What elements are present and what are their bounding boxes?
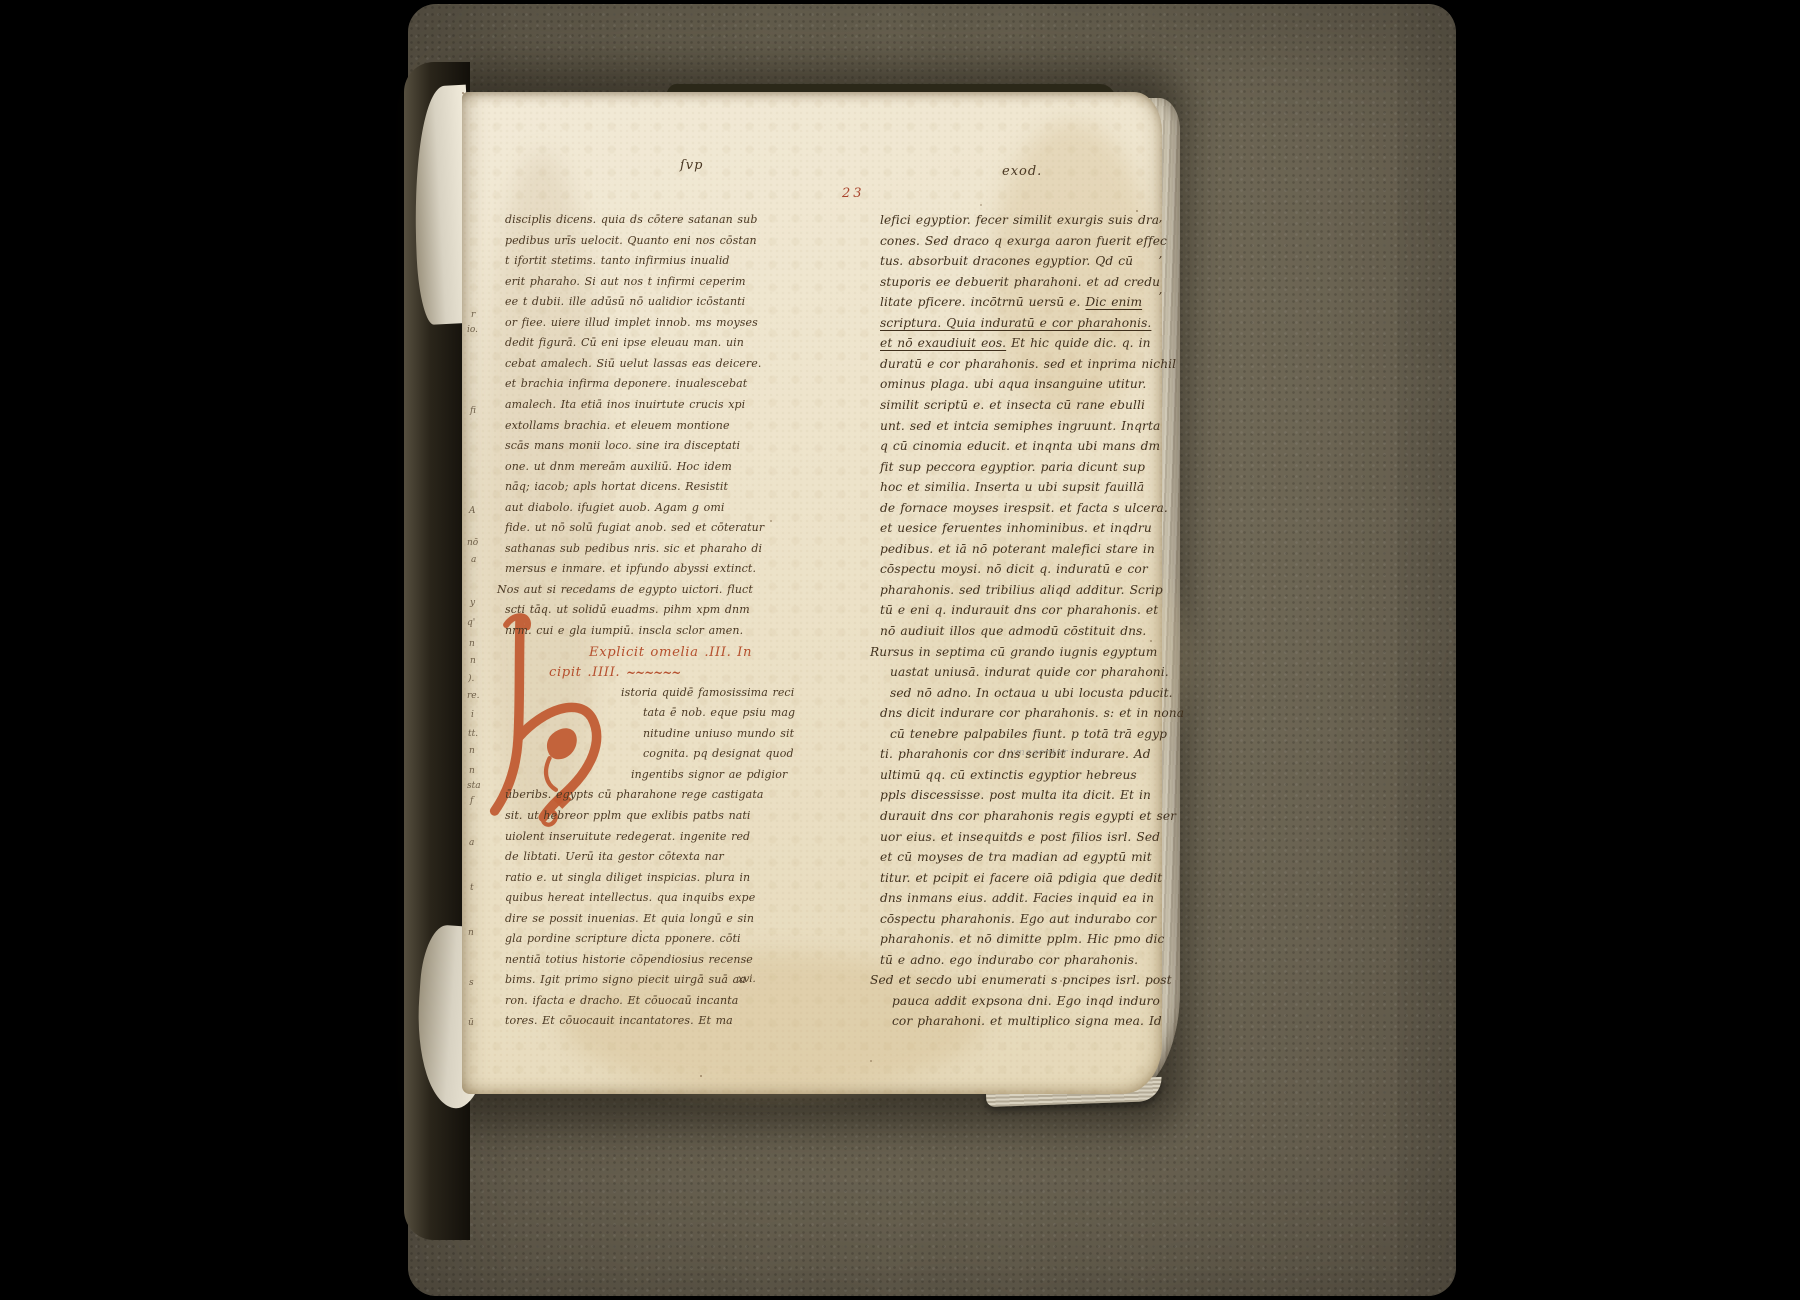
text-line: tū e adno. ego indurabo cor pharahonis.: [880, 953, 1138, 973]
running-header-left: ſvp: [680, 158, 703, 173]
facing-page-text-fragment: n: [469, 766, 475, 776]
text-line: erit pharaho. Si aut nos t infirmi ceper…: [505, 275, 746, 295]
text-line: durauit dns cor pharahonis regis egypti …: [880, 809, 1176, 829]
text-line: unt. sed et intcia semiphes ingruunt. In…: [880, 419, 1160, 439]
text-line: q cū cinomia educit. et inqnta ubi mans …: [880, 439, 1160, 459]
text-line: cones. Sed draco q exurga aaron fuerit e…: [880, 234, 1167, 254]
facing-page-text-fragment: ū: [468, 1018, 474, 1028]
facing-page-text-fragment: s: [469, 978, 474, 988]
text-line: ominus plaga. ubi aqua insanguine utitur…: [880, 377, 1146, 397]
facing-page-text-fragment: nō: [467, 538, 478, 548]
text-line: t ifortit stetims. tanto infirmius inual…: [505, 254, 730, 274]
text-line: ūberibs. egypts cū pharahone rege castig…: [505, 788, 764, 808]
text-line: mersus e inmare. et ipfundo abyssi extin…: [505, 562, 756, 582]
text-line: ultimū qq. cū extinctis egyptior hebreus: [880, 768, 1137, 788]
text-line: pedibus urīs uelocit. Quanto eni nos cōs…: [505, 234, 757, 254]
text-line: amalech. Ita etiā inos inuirtute crucis …: [505, 398, 745, 418]
text-line: uastat uniusā. indurat quide cor pharaho…: [890, 665, 1169, 685]
text-line: quibus hereat intellectus. qua inquibs e…: [505, 891, 755, 911]
text-line: hoc et similia. Inserta u ubi supsit fau…: [880, 480, 1144, 500]
text-line: tores. Et cōuocauit incantatores. Et ma: [505, 1014, 733, 1034]
text-line: ppls discessisse. post multa ita dicit. …: [880, 788, 1151, 808]
text-line: sathanas sub pedibus nris. sic et pharah…: [505, 542, 762, 562]
text-line: nitudine uniuso mundo sit: [643, 727, 794, 747]
text-line: ratio e. ut singla diliget inspicias. pl…: [505, 871, 750, 891]
text-line: Sed et secdo ubi enumerati s pncipes isr…: [870, 973, 1172, 993]
facing-page-text-fragment: t: [470, 883, 474, 893]
facing-page-text-fragment: ).: [468, 674, 474, 684]
text-line: de fornace moyses irespsit. et facta s u…: [880, 501, 1168, 521]
text-line: ti. pharahonis cor dns scribit indurare.…: [880, 747, 1151, 767]
facing-page-text-fragment: r: [471, 310, 475, 320]
facing-page-text-fragment: y: [470, 598, 475, 608]
facing-page-text-fragment: io.: [467, 325, 478, 335]
text-line: cebat amalech. Siū uelut lassas eas deic…: [505, 357, 761, 377]
text-line: sit. ut hebreor pplm que exlibis patbs n…: [505, 809, 751, 829]
text-line: cor pharahoni. et multiplico signa mea. …: [892, 1014, 1162, 1034]
text-line: extollams brachia. et eleuem montione: [505, 419, 730, 439]
text-line: cognita. pq designat quod: [643, 747, 794, 767]
text-line: nentiā totius historie cōpendiosius rece…: [505, 953, 753, 973]
text-line: et brachia infirma deponere. inualesceba…: [505, 377, 747, 397]
text-line: uiolent inseruitute redegerat. ingenite …: [505, 830, 750, 850]
text-line: or fiee. uiere illud implet innob. ms mo…: [505, 316, 758, 336]
text-line: one. ut dnm mereām auxiliū. Hoc idem: [505, 460, 732, 480]
manuscript-page: ſvp exod. 23 xvi. ymagentur disciplis di…: [462, 92, 1162, 1094]
text-line: Rursus in septima cū grando iugnis egypt…: [870, 645, 1157, 665]
text-line: tata ē nob. eque psiu mag: [643, 706, 795, 726]
text-line: fit sup peccora egyptior. paria dicunt s…: [880, 460, 1145, 480]
text-line: cū tenebre palpabiles fiunt. p totā trā …: [890, 727, 1167, 747]
facing-page-text-fragment: A: [469, 506, 476, 516]
facing-page-text-fragment: tt.: [468, 729, 478, 739]
text-line: nāq; iacob; apls hortat dicens. Resistit: [505, 480, 728, 500]
text-line: cōspectu moysi. nō dicit q. induratū e c…: [880, 562, 1148, 582]
text-line: et cū moyses de tra madian ad egyptū mit: [880, 850, 1152, 870]
text-line: dire se possit inuenias. Et quia longū e…: [505, 912, 754, 932]
text-line: ee t dubii. ille adūsū nō ualidior icōst…: [505, 295, 745, 315]
folio-number: 23: [842, 186, 865, 201]
text-line: aut diabolo. ifugiet auob. Agam g omi: [505, 501, 725, 521]
text-line: nō audiuit illos que admodū cōstituit dn…: [880, 624, 1146, 644]
quire-mark: ʼ: [1158, 254, 1162, 268]
text-line: tus. absorbuit dracones egyptior. Qd cū: [880, 254, 1133, 274]
text-line: stuporis ee debuerit pharahoni. et ad cr…: [880, 275, 1160, 295]
facing-page-text-fragment: a: [469, 838, 474, 848]
text-line: scriptura. Quia induratū e cor pharahoni…: [880, 316, 1151, 336]
text-line: dns inmans eius. addit. Facies inquid ea…: [880, 891, 1154, 911]
text-line: et nō exaudiuit eos. Et hic quide dic. q…: [880, 336, 1151, 356]
text-line: litate pficere. incōtrnū uersū e. Dic en…: [880, 295, 1142, 315]
text-line: uor eius. et insequitds e post filios is…: [880, 830, 1160, 850]
text-line: similit scriptū e. et insecta cū rane eb…: [880, 398, 1145, 418]
text-line: Nos aut si recedams de egypto uictori. f…: [497, 583, 753, 603]
facing-page-text-fragment: n: [469, 746, 475, 756]
quire-mark: ʼ: [1158, 290, 1162, 304]
text-line: ron. ifacta e dracho. Et cōuocaū incanta: [505, 994, 738, 1014]
text-line: nrm. cui e gla iumpiū. inscla sclor amen…: [505, 624, 743, 644]
text-line: ingentibs signor ae pdigior: [631, 768, 787, 788]
quire-mark: ʼ: [1158, 218, 1162, 232]
text-line: et uesice feruentes inhominibus. et inqd…: [880, 521, 1152, 541]
text-line: pauca addit expsona dni. Ego inqd induro: [892, 994, 1160, 1014]
rubric-line: cipit .IIII. ~~~~~~: [549, 665, 680, 685]
text-line: gla pordine scripture dicta pponere. cōt…: [505, 932, 741, 952]
text-line: pharahonis. et nō dimitte pplm. Hic pmo …: [880, 932, 1164, 952]
text-line: istoria quidē famosissima reci: [621, 686, 794, 706]
text-line: dns dicit indurare cor pharahonis. s: et…: [880, 706, 1184, 726]
text-line: cōspectu pharahonis. Ego aut indurabo co…: [880, 912, 1156, 932]
text-line: disciplis dicens. quia ds cōtere satanan…: [505, 213, 758, 233]
facing-page-text-fragment: n: [469, 639, 475, 649]
text-line: lefici egyptior. fecer similit exurgis s…: [880, 213, 1159, 233]
facing-page-text-fragment: i: [471, 710, 474, 720]
facing-page-text-fragment: q': [467, 618, 475, 628]
text-line: pharahonis. sed tribilius aliqd additur.…: [880, 583, 1163, 603]
facing-page-text-fragment: a: [471, 555, 476, 565]
text-line: scās mans monii loco. sine ira disceptat…: [505, 439, 740, 459]
text-line: tū e eni q. indurauit dns cor pharahonis…: [880, 603, 1158, 623]
manuscript-photo: ſvp exod. 23 xvi. ymagentur disciplis di…: [0, 0, 1800, 1300]
text-line: bims. Igit primo signo piecit uirgā suā …: [505, 973, 746, 993]
facing-page-text-fragment: re.: [467, 691, 480, 701]
facing-page-text-fragment: n: [470, 656, 476, 666]
text-line: scti tāq. ut solidū euadms. pihm xpm dnm: [505, 603, 750, 623]
text-line: duratū e cor pharahonis. sed et inprima …: [880, 357, 1176, 377]
facing-page-text-fragment: sta: [467, 781, 481, 791]
ink-specks: [462, 92, 464, 94]
running-header-right: exod.: [1002, 164, 1042, 179]
facing-page-text-fragment: n: [468, 928, 474, 938]
facing-page-text-fragment: f: [470, 796, 473, 806]
text-line: sed nō adno. In octaua u ubi locusta pdu…: [890, 686, 1173, 706]
text-line: fide. ut nō solū fugiat anob. sed et cōt…: [505, 521, 764, 541]
text-line: dedit figurā. Cū eni ipse eleuau man. ui…: [505, 336, 744, 356]
text-line: pedibus. et iā nō poterant malefici star…: [880, 542, 1155, 562]
text-line: de libtati. Uerū ita gestor cōtexta nar: [505, 850, 724, 870]
facing-page-text-fragment: fi: [470, 406, 476, 416]
text-line: titur. et pcipit ei facere oiā pdigia qu…: [880, 871, 1162, 891]
